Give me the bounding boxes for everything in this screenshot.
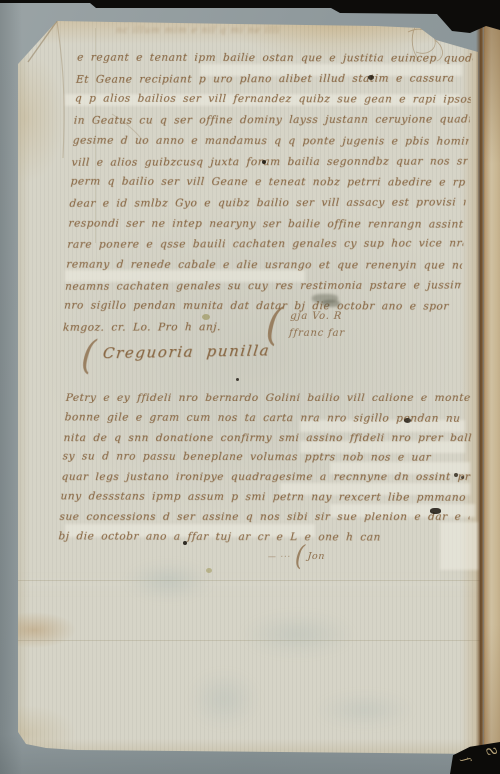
entry-heading-text: Creguoria punilla xyxy=(102,341,271,362)
notary-line-1: gja Vo. R xyxy=(290,311,343,322)
text-block-1: e regant e tenant ipm bailie ostan que e… xyxy=(62,48,473,338)
ink-blot xyxy=(404,418,411,423)
verso-showthrough xyxy=(76,538,446,753)
manuscript-photo: nc illum mim e nil q mi ne illi e regant… xyxy=(0,0,500,774)
manuscript-line: Et Geane recipiant p uro plano alibet il… xyxy=(75,68,472,90)
ink-blot xyxy=(430,508,441,514)
notary-line-2: ffranc far xyxy=(289,328,346,339)
manuscript-line: quar legs justano ironipye quadragesime … xyxy=(61,468,472,488)
manuscript-line: Petry e ey ffideli nro bernardo Golini b… xyxy=(65,389,476,409)
notary-signature-right: ( gja Vo. R ffranc far xyxy=(264,302,347,348)
manuscript-line: q p alios bailios ser vill fernandez qui… xyxy=(74,89,471,111)
wax-spot xyxy=(202,314,210,320)
fold-mark xyxy=(57,21,64,158)
manuscript-line: sue concessions d ser assine q nos sibi … xyxy=(59,508,470,528)
manuscript-line: remany d renede cabale e alie usrango et… xyxy=(66,255,463,277)
ink-blot xyxy=(236,378,239,381)
manuscript-page: nc illum mim e nil q mi ne illi e regant… xyxy=(16,18,481,755)
manuscript-line: in Geatus cu q ser offine dominy layss j… xyxy=(73,109,470,131)
adjacent-page-edge xyxy=(484,24,500,751)
ink-blot xyxy=(262,160,266,164)
manuscript-line: perm q bailio ser vill Geane e teneat no… xyxy=(70,172,467,194)
ink-blot xyxy=(461,476,464,479)
manuscript-line: uny dessstans ipmp assum p smi petrn nay… xyxy=(60,487,471,508)
manuscript-line: nita de q snn donatione confirmy smi ass… xyxy=(63,429,474,449)
manuscript-line: vill e alios guibzcusq juxta foram baili… xyxy=(71,151,468,173)
manuscript-line: e regant e tenant ipm bailie ostan que e… xyxy=(77,47,474,69)
notary-signature-bottom: — ··· ( Jon xyxy=(267,542,326,570)
ink-blot xyxy=(368,75,374,80)
manuscript-line: neamns cachaten genales su cuy res resti… xyxy=(65,275,462,297)
manuscript-line: bonne gile e gram cum nos ta carta nra n… xyxy=(64,408,475,429)
notary-bottom-text: Jon xyxy=(307,551,325,562)
ink-blot xyxy=(183,541,187,545)
registration-marks: — ··· xyxy=(268,552,292,561)
manuscript-line: rare ponere e qsse bauili cachaten genal… xyxy=(67,234,464,256)
manuscript-line: bj die octobr ano a ffar tuj ar cr e L e… xyxy=(58,527,469,548)
gutter-crease xyxy=(476,20,485,753)
bracket-flourish: ( xyxy=(294,540,306,572)
corner-fold-crease xyxy=(28,21,57,62)
wax-spot xyxy=(206,568,212,573)
text-block-2: Petry e ey ffideli nro bernardo Golini b… xyxy=(58,389,476,547)
manuscript-line: sy su d nro passu beneplane volumas pptr… xyxy=(62,448,473,469)
smudge xyxy=(312,294,338,303)
ink-blot xyxy=(454,473,458,477)
manuscript-line: dear e id smlbz Gyo e quibz bailio ser v… xyxy=(69,192,466,214)
manuscript-line: nro sigillo pendan munita dat datar bj d… xyxy=(63,296,460,318)
manuscript-line: gesime d uo anno e mandamus q q ponte ju… xyxy=(72,130,469,152)
notary-lines: gja Vo. R ffranc far xyxy=(288,308,346,342)
entry-heading: (Creguoria punilla xyxy=(80,332,272,375)
bracket-flourish: ( xyxy=(79,332,99,378)
manuscript-line: respondi ser ne intep nearyny ser bailie… xyxy=(68,213,465,235)
